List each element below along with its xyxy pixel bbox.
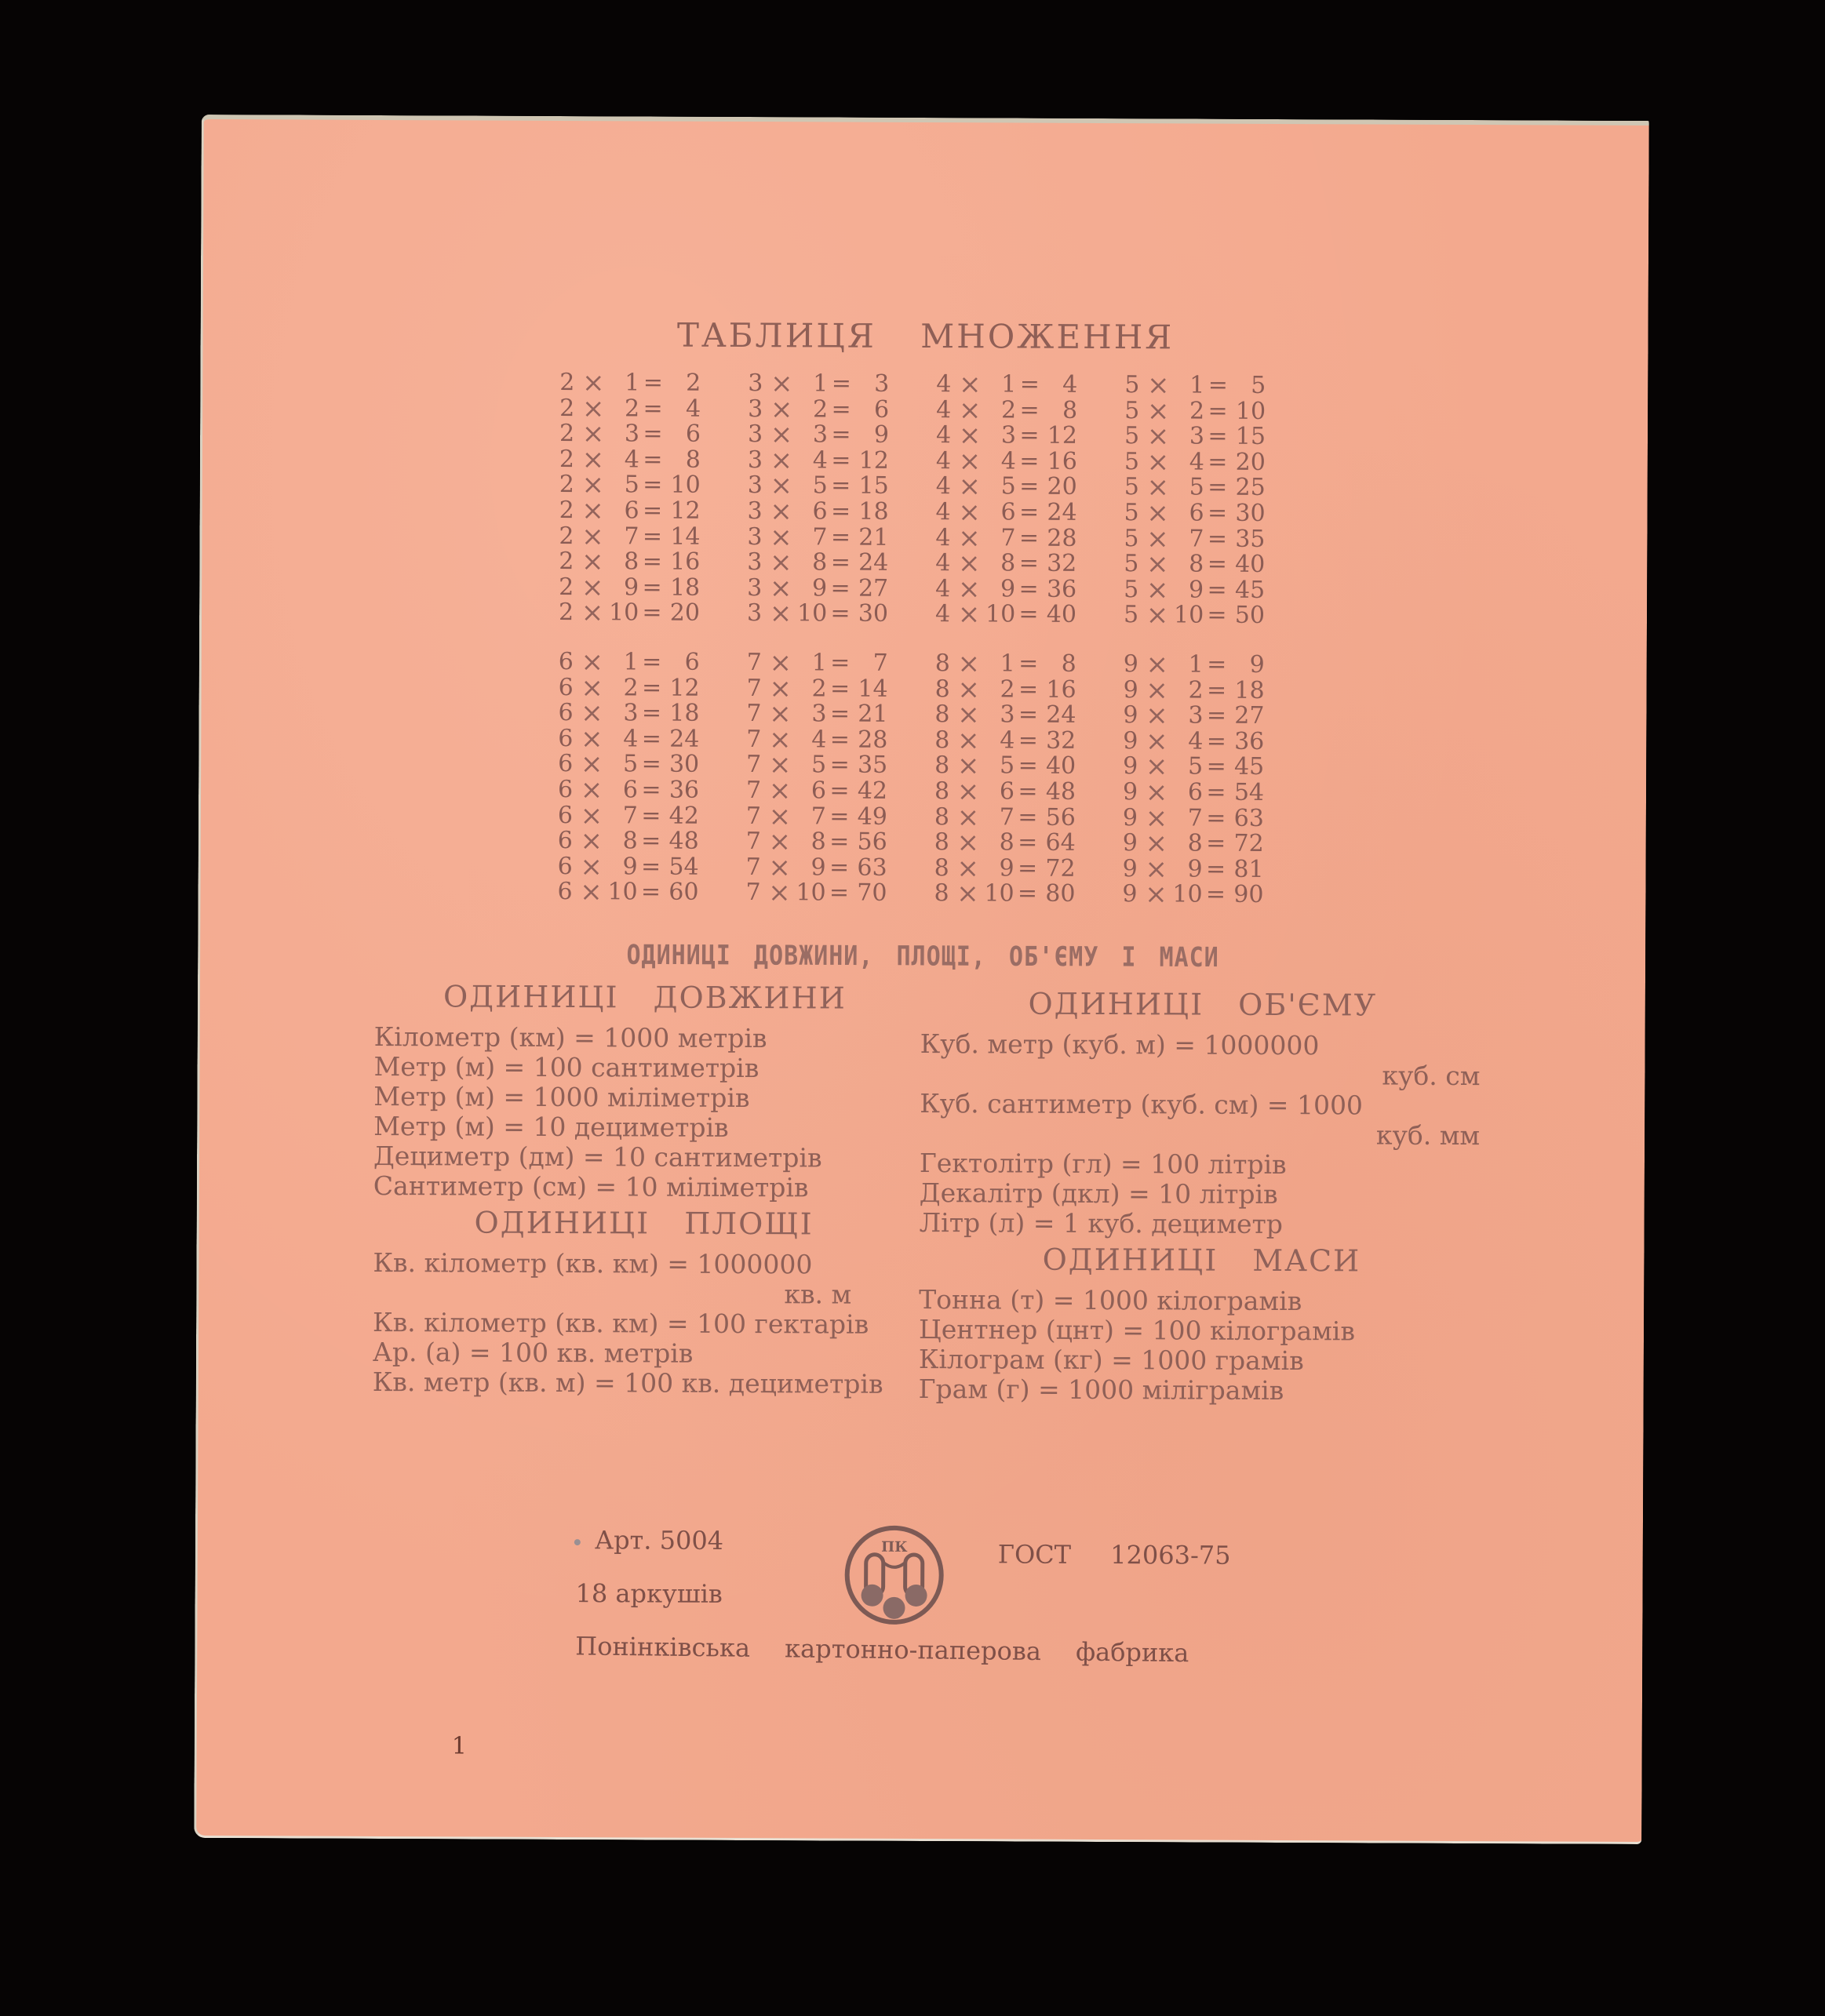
operand: 9 bbox=[1123, 780, 1140, 806]
operand: 60 bbox=[664, 880, 698, 906]
operand: 4 bbox=[1043, 373, 1077, 398]
operand: 3 bbox=[986, 424, 1016, 449]
length-unit-line: Кілометр (км) = 1000 метрів bbox=[374, 1022, 916, 1054]
operand: 2 bbox=[559, 370, 577, 396]
equals-sign: = bbox=[828, 474, 854, 500]
operand: 4 bbox=[935, 577, 953, 602]
operand: 6 bbox=[665, 650, 700, 676]
equals-sign: = bbox=[827, 551, 854, 577]
equals-sign: = bbox=[638, 803, 665, 829]
multiplication-row: 8×10=80 bbox=[934, 881, 1122, 908]
operand: 9 bbox=[609, 575, 639, 601]
equals-sign: = bbox=[639, 550, 665, 576]
operand: 8 bbox=[985, 551, 1015, 577]
operand: 6 bbox=[986, 500, 1016, 526]
times-sign-icon: × bbox=[576, 549, 609, 575]
multiplication-row: 4×10=40 bbox=[935, 602, 1124, 628]
operand: 4 bbox=[936, 449, 953, 475]
times-sign-icon: × bbox=[764, 550, 797, 576]
article-number-text: Арт. 5004 bbox=[595, 1525, 723, 1556]
operand: 3 bbox=[985, 702, 1014, 728]
operand: 5 bbox=[1124, 551, 1141, 577]
equals-sign: = bbox=[1203, 729, 1229, 755]
operand: 24 bbox=[854, 551, 888, 577]
operand: 8 bbox=[796, 829, 826, 855]
operand: 48 bbox=[1041, 780, 1076, 806]
mass-units-list: Тонна (т) = 1000 кілограмів Центнер (цнт… bbox=[919, 1285, 1484, 1406]
equals-sign: = bbox=[1204, 526, 1230, 552]
operand: 36 bbox=[665, 777, 699, 803]
equals-sign: = bbox=[639, 447, 666, 473]
equals-sign: = bbox=[1016, 424, 1043, 449]
equals-sign: = bbox=[1204, 653, 1230, 679]
units-main-heading: ОДИНИЦІ ДОВЖИНИ, ПЛОЩІ, ОБ'ЄМУ І МАСИ bbox=[200, 937, 1645, 975]
operand: 18 bbox=[854, 500, 889, 526]
equals-sign: = bbox=[639, 675, 665, 701]
operand: 3 bbox=[798, 422, 828, 448]
operand: 9 bbox=[985, 577, 1015, 602]
equals-sign: = bbox=[1203, 806, 1229, 832]
operand: 6 bbox=[608, 777, 638, 803]
equals-sign: = bbox=[828, 499, 854, 525]
operand: 8 bbox=[934, 753, 952, 779]
operand: 9 bbox=[1122, 882, 1139, 908]
operand: 35 bbox=[853, 753, 887, 779]
operand: 12 bbox=[666, 499, 701, 525]
multiplication-block-9: 9×1=99×2=189×3=279×4=369×5=459×6=549×7=6… bbox=[1122, 652, 1311, 908]
operand: 5 bbox=[1175, 475, 1204, 501]
operand: 2 bbox=[559, 472, 577, 498]
times-sign-icon: × bbox=[952, 702, 985, 728]
times-sign-icon: × bbox=[1141, 603, 1174, 629]
operand: 2 bbox=[559, 600, 576, 626]
equals-sign: = bbox=[826, 753, 853, 779]
equals-sign: = bbox=[826, 855, 853, 881]
operand: 3 bbox=[748, 448, 765, 474]
multiplication-block-2: 2×1=22×2=42×3=62×4=82×5=102×6=122×7=142×… bbox=[559, 370, 748, 627]
operand: 9 bbox=[1123, 729, 1140, 755]
operand: 24 bbox=[665, 726, 699, 752]
equals-sign: = bbox=[1203, 832, 1229, 857]
operand: 8 bbox=[934, 728, 952, 754]
equals-sign: = bbox=[826, 830, 853, 856]
operand: 8 bbox=[1173, 831, 1203, 857]
equals-sign: = bbox=[1204, 552, 1230, 578]
multiplication-block-7: 7×1=77×2=147×3=217×4=287×5=357×6=427×7=4… bbox=[745, 650, 934, 907]
times-sign-icon: × bbox=[575, 828, 608, 854]
operand: 6 bbox=[558, 802, 575, 828]
equals-sign: = bbox=[1015, 602, 1042, 628]
operand: 7 bbox=[746, 778, 763, 804]
equals-sign: = bbox=[1014, 754, 1041, 780]
operand: 15 bbox=[1231, 424, 1266, 450]
operand: 18 bbox=[1230, 678, 1265, 704]
operand: 1 bbox=[1174, 652, 1204, 678]
operand: 28 bbox=[1042, 526, 1076, 551]
equals-sign: = bbox=[1015, 677, 1042, 703]
operand: 7 bbox=[854, 651, 888, 677]
equals-sign: = bbox=[827, 525, 854, 551]
operand: 36 bbox=[1229, 729, 1264, 755]
operand: 20 bbox=[665, 601, 700, 627]
operand: 8 bbox=[985, 830, 1014, 856]
operand: 3 bbox=[747, 525, 764, 551]
operand: 4 bbox=[666, 396, 701, 422]
operand: 8 bbox=[934, 830, 952, 856]
multiplication-row: 5×10=50 bbox=[1124, 602, 1312, 629]
volume-unit-line: Гектолітр (гл) = 100 літрів bbox=[920, 1148, 1484, 1181]
operand: 14 bbox=[854, 676, 888, 702]
operand: 7 bbox=[745, 880, 763, 906]
operand: 3 bbox=[854, 372, 889, 398]
times-sign-icon: × bbox=[577, 498, 610, 524]
operand: 8 bbox=[608, 828, 638, 854]
volume-unit-line-continuation: куб. см bbox=[920, 1059, 1484, 1091]
area-units-list: Кв. кілометр (кв. км) = 1000000 кв. м Кв… bbox=[373, 1248, 915, 1399]
operand: 12 bbox=[854, 448, 889, 474]
length-unit-line: Метр (м) = 10 дециметрів bbox=[373, 1112, 915, 1144]
operand: 27 bbox=[854, 576, 888, 602]
operand: 2 bbox=[666, 371, 701, 397]
operand: 10 bbox=[985, 602, 1015, 628]
operand: 7 bbox=[746, 804, 763, 830]
times-sign-icon: × bbox=[1141, 551, 1174, 577]
operand: 5 bbox=[1124, 449, 1142, 475]
length-unit-line: Сантиметр (см) = 10 міліметрів bbox=[373, 1171, 915, 1203]
operand: 63 bbox=[853, 855, 887, 881]
operand: 5 bbox=[1124, 475, 1142, 500]
operand: 2 bbox=[559, 549, 576, 575]
length-unit-line: Дециметр (дм) = 10 сантиметрів bbox=[373, 1141, 915, 1174]
times-sign-icon: × bbox=[764, 601, 797, 627]
operand: 36 bbox=[1042, 577, 1076, 602]
times-sign-icon: × bbox=[953, 551, 985, 577]
equals-sign: = bbox=[638, 854, 665, 880]
operand: 4 bbox=[935, 526, 953, 551]
operand: 28 bbox=[853, 727, 887, 753]
operand: 1 bbox=[985, 651, 1015, 677]
operand: 4 bbox=[798, 448, 828, 474]
length-units-list: Кілометр (км) = 1000 метрів Метр (м) = 1… bbox=[373, 1022, 916, 1203]
operand: 3 bbox=[748, 422, 765, 448]
operand: 9 bbox=[1123, 831, 1140, 857]
operand: 10 bbox=[607, 880, 637, 906]
operand: 7 bbox=[747, 676, 764, 702]
mass-unit-line: Тонна (т) = 1000 кілограмів bbox=[919, 1285, 1484, 1317]
operand: 40 bbox=[1041, 754, 1076, 780]
operand: 7 bbox=[609, 524, 639, 550]
equals-sign: = bbox=[1204, 577, 1230, 603]
operand: 3 bbox=[747, 601, 764, 627]
equals-sign: = bbox=[1014, 728, 1041, 754]
operand: 9 bbox=[854, 423, 889, 449]
operand: 4 bbox=[1175, 449, 1204, 475]
operand: 8 bbox=[666, 447, 701, 473]
operand: 4 bbox=[935, 551, 953, 577]
operand: 6 bbox=[559, 650, 576, 675]
times-sign-icon: × bbox=[765, 499, 798, 525]
operand: 6 bbox=[558, 701, 575, 726]
times-sign-icon: × bbox=[577, 370, 610, 396]
operand: 72 bbox=[1041, 856, 1076, 882]
equals-sign: = bbox=[827, 602, 854, 628]
multiplication-row: 6×10=60 bbox=[557, 879, 745, 906]
mass-unit-line: Грам (г) = 1000 міліграмів bbox=[919, 1374, 1484, 1406]
equals-sign: = bbox=[639, 575, 665, 601]
operand: 6 bbox=[796, 778, 826, 804]
volume-unit-line: Декалітр (дкл) = 10 літрів bbox=[920, 1178, 1484, 1210]
equals-sign: = bbox=[638, 752, 665, 778]
operand: 63 bbox=[1229, 806, 1264, 832]
operand: 20 bbox=[1043, 475, 1077, 500]
equals-sign: = bbox=[638, 777, 665, 803]
operand: 4 bbox=[610, 447, 639, 473]
operand: 6 bbox=[1173, 780, 1203, 806]
operand: 7 bbox=[1173, 806, 1203, 832]
multiplication-block-8: 8×1=88×2=168×3=248×4=328×5=408×6=488×7=5… bbox=[934, 651, 1123, 908]
equals-sign: = bbox=[1016, 373, 1043, 398]
sheet-count: 18 аркушів bbox=[575, 1578, 722, 1609]
operand: 64 bbox=[1041, 831, 1076, 857]
operand: 27 bbox=[1229, 704, 1264, 730]
factory-emblem-icon: ПК bbox=[842, 1523, 946, 1628]
times-sign-icon: × bbox=[1140, 703, 1173, 729]
operand: 4 bbox=[985, 728, 1014, 754]
operand: 4 bbox=[936, 474, 953, 500]
operand: 32 bbox=[1041, 728, 1076, 754]
operand: 8 bbox=[934, 856, 952, 882]
equals-sign: = bbox=[639, 601, 665, 627]
equals-sign: = bbox=[639, 498, 666, 524]
operand: 5 bbox=[608, 752, 638, 778]
operand: 10 bbox=[1172, 882, 1202, 908]
operand: 4 bbox=[935, 602, 953, 628]
times-sign-icon: × bbox=[763, 778, 796, 804]
operand: 2 bbox=[559, 421, 577, 447]
operand: 56 bbox=[1041, 805, 1076, 831]
equals-sign: = bbox=[1016, 500, 1043, 526]
volume-units-list: Куб. метр (куб. м) = 1000000 куб. см Куб… bbox=[920, 1029, 1485, 1240]
equals-sign: = bbox=[1203, 857, 1229, 882]
operand: 6 bbox=[558, 854, 575, 880]
operand: 18 bbox=[665, 575, 700, 601]
operand: 8 bbox=[934, 805, 952, 831]
area-unit-line: Ар. (а) = 100 кв. метрів bbox=[373, 1337, 914, 1370]
operand: 5 bbox=[1231, 373, 1266, 399]
operand: 9 bbox=[796, 855, 826, 881]
operand: 8 bbox=[935, 677, 953, 703]
operand: 21 bbox=[854, 525, 888, 551]
length-unit-line: Метр (м) = 1000 міліметрів bbox=[373, 1082, 915, 1114]
operand: 3 bbox=[748, 371, 765, 397]
operand: 4 bbox=[936, 372, 953, 398]
operand: 18 bbox=[665, 701, 699, 727]
operand: 3 bbox=[796, 701, 826, 727]
operand: 6 bbox=[558, 777, 575, 803]
times-sign-icon: × bbox=[953, 651, 985, 677]
gost-standard: ГОСТ 12063-75 bbox=[998, 1539, 1231, 1570]
operand: 7 bbox=[746, 829, 763, 855]
operand: 3 bbox=[610, 421, 639, 447]
operand: 8 bbox=[1042, 652, 1076, 678]
operand: 5 bbox=[1124, 526, 1141, 552]
operand: 6 bbox=[985, 779, 1014, 805]
times-sign-icon: × bbox=[953, 602, 985, 628]
operand: 7 bbox=[746, 752, 763, 778]
equals-sign: = bbox=[1202, 882, 1229, 908]
operand: 8 bbox=[935, 651, 953, 677]
handwritten-mark: 1 bbox=[452, 1732, 467, 1759]
units-right-column: ОДИНИЦІ ОБ'ЄМУ Куб. метр (куб. м) = 1000… bbox=[919, 982, 1485, 1406]
operand: 6 bbox=[610, 498, 639, 524]
operand: 4 bbox=[936, 398, 953, 424]
operand: 15 bbox=[854, 474, 889, 500]
operand: 9 bbox=[1230, 653, 1265, 679]
bullet-dot-icon bbox=[574, 1539, 581, 1545]
mass-units-title: ОДИНИЦІ МАСИ bbox=[919, 1244, 1484, 1276]
times-sign-icon: × bbox=[575, 701, 608, 726]
equals-sign: = bbox=[1014, 882, 1040, 908]
multiplication-row: 9×10=90 bbox=[1122, 882, 1310, 908]
operand: 3 bbox=[1173, 704, 1203, 730]
equals-sign: = bbox=[637, 880, 664, 906]
area-unit-line: Кв. метр (кв. м) = 100 кв. дециметрів bbox=[373, 1367, 914, 1399]
times-sign-icon: × bbox=[1139, 882, 1172, 908]
operand: 2 bbox=[559, 396, 577, 422]
area-unit-line-continuation: кв. м bbox=[373, 1278, 914, 1310]
volume-units-title: ОДИНИЦІ ОБ'ЄМУ bbox=[920, 988, 1485, 1021]
equals-sign: = bbox=[1016, 398, 1043, 424]
times-sign-icon: × bbox=[763, 701, 796, 727]
times-sign-icon: × bbox=[576, 600, 609, 626]
equals-sign: = bbox=[1204, 398, 1231, 424]
multiplication-block-5: 5×1=55×2=105×3=155×4=205×5=255×6=305×7=3… bbox=[1124, 373, 1313, 629]
operand: 48 bbox=[665, 829, 699, 855]
operand: 42 bbox=[665, 803, 699, 829]
operand: 45 bbox=[1230, 577, 1265, 603]
operand: 6 bbox=[558, 726, 575, 752]
operand: 54 bbox=[665, 854, 699, 880]
operand: 9 bbox=[985, 856, 1014, 882]
equals-sign: = bbox=[639, 422, 666, 448]
operand: 35 bbox=[1230, 526, 1265, 552]
equals-sign: = bbox=[827, 576, 854, 602]
multiplication-block-4: 4×1=44×2=84×3=124×4=164×5=204×6=244×7=28… bbox=[935, 372, 1124, 628]
operand: 5 bbox=[1124, 500, 1142, 526]
equals-sign: = bbox=[1014, 856, 1041, 882]
times-sign-icon: × bbox=[953, 372, 986, 398]
equals-sign: = bbox=[828, 448, 854, 474]
operand: 2 bbox=[559, 498, 577, 524]
equals-sign: = bbox=[1204, 678, 1230, 704]
equals-sign: = bbox=[639, 650, 665, 675]
equals-sign: = bbox=[828, 397, 854, 423]
operand: 50 bbox=[1230, 603, 1265, 629]
equals-sign: = bbox=[639, 524, 665, 550]
operand: 8 bbox=[797, 550, 827, 576]
operand: 5 bbox=[985, 754, 1014, 780]
operand: 9 bbox=[1174, 577, 1204, 603]
multiplication-table-title: ТАБЛИЦЯ МНОЖЕННЯ bbox=[202, 314, 1648, 358]
operand: 12 bbox=[665, 675, 700, 701]
operand: 2 bbox=[609, 675, 639, 701]
operand: 12 bbox=[1043, 424, 1077, 449]
operand: 7 bbox=[746, 701, 763, 727]
mass-unit-line: Кілограм (кг) = 1000 грамів bbox=[919, 1345, 1484, 1377]
svg-text:ПК: ПК bbox=[881, 1539, 908, 1556]
operand: 9 bbox=[797, 576, 827, 602]
operand: 4 bbox=[796, 727, 826, 753]
operand: 4 bbox=[986, 449, 1016, 475]
operand: 6 bbox=[558, 751, 575, 777]
operand: 10 bbox=[609, 601, 639, 627]
equals-sign: = bbox=[825, 881, 852, 907]
operand: 30 bbox=[1231, 501, 1266, 527]
mass-unit-line: Центнер (цнт) = 100 кілограмів bbox=[919, 1315, 1484, 1347]
equals-sign: = bbox=[826, 804, 853, 830]
equals-sign: = bbox=[639, 396, 666, 422]
operand: 9 bbox=[1124, 652, 1141, 678]
operand: 10 bbox=[1174, 603, 1204, 629]
times-sign-icon: × bbox=[1140, 780, 1173, 806]
equals-sign: = bbox=[639, 473, 666, 499]
operand: 16 bbox=[665, 550, 700, 576]
operand: 9 bbox=[1173, 857, 1203, 882]
operand: 2 bbox=[1175, 398, 1204, 424]
multiplication-block-6: 6×1=66×2=126×3=186×4=246×5=306×6=366×7=4… bbox=[557, 650, 746, 906]
operand: 45 bbox=[1229, 755, 1264, 781]
manufacturer-name: Понінківська картонно-паперова фабрика bbox=[575, 1631, 1189, 1668]
operand: 7 bbox=[746, 727, 763, 753]
operand: 4 bbox=[1173, 729, 1203, 755]
operand: 24 bbox=[1043, 500, 1077, 526]
operand: 8 bbox=[1174, 552, 1204, 578]
operand: 3 bbox=[747, 550, 764, 576]
operand: 2 bbox=[985, 677, 1015, 703]
operand: 9 bbox=[1123, 754, 1140, 780]
operand: 7 bbox=[747, 650, 764, 676]
operand: 1 bbox=[986, 372, 1016, 398]
equals-sign: = bbox=[827, 676, 854, 702]
operand: 7 bbox=[746, 855, 763, 881]
equals-sign: = bbox=[828, 423, 854, 449]
operand: 5 bbox=[1124, 373, 1142, 398]
equals-sign: = bbox=[638, 726, 665, 752]
operand: 1 bbox=[797, 650, 827, 676]
equals-sign: = bbox=[1204, 373, 1231, 399]
operand: 2 bbox=[798, 397, 828, 423]
operand: 16 bbox=[1043, 449, 1077, 475]
operand: 9 bbox=[1123, 703, 1140, 729]
operand: 1 bbox=[610, 370, 639, 396]
multiplication-row: 2×10=20 bbox=[559, 600, 747, 627]
length-unit-line: Метр (м) = 100 сантиметрів bbox=[373, 1052, 915, 1084]
operand: 8 bbox=[934, 702, 952, 728]
operand: 1 bbox=[609, 650, 639, 675]
operand: 1 bbox=[1175, 373, 1204, 398]
times-sign-icon: × bbox=[1141, 652, 1174, 678]
operand: 8 bbox=[1043, 398, 1077, 424]
operand: 7 bbox=[608, 803, 638, 829]
operand: 8 bbox=[609, 549, 639, 575]
equals-sign: = bbox=[1014, 779, 1041, 805]
operand: 80 bbox=[1040, 882, 1075, 908]
operand: 7 bbox=[985, 805, 1014, 831]
times-sign-icon: × bbox=[953, 500, 986, 526]
equals-sign: = bbox=[1015, 577, 1042, 602]
units-left-column: ОДИНИЦІ ДОВЖИНИ Кілометр (км) = 1000 мет… bbox=[373, 975, 916, 1399]
publisher-imprint: Арт. 5004 18 аркушів ПК ГОСТ 12063-75 По… bbox=[574, 1517, 1437, 1701]
